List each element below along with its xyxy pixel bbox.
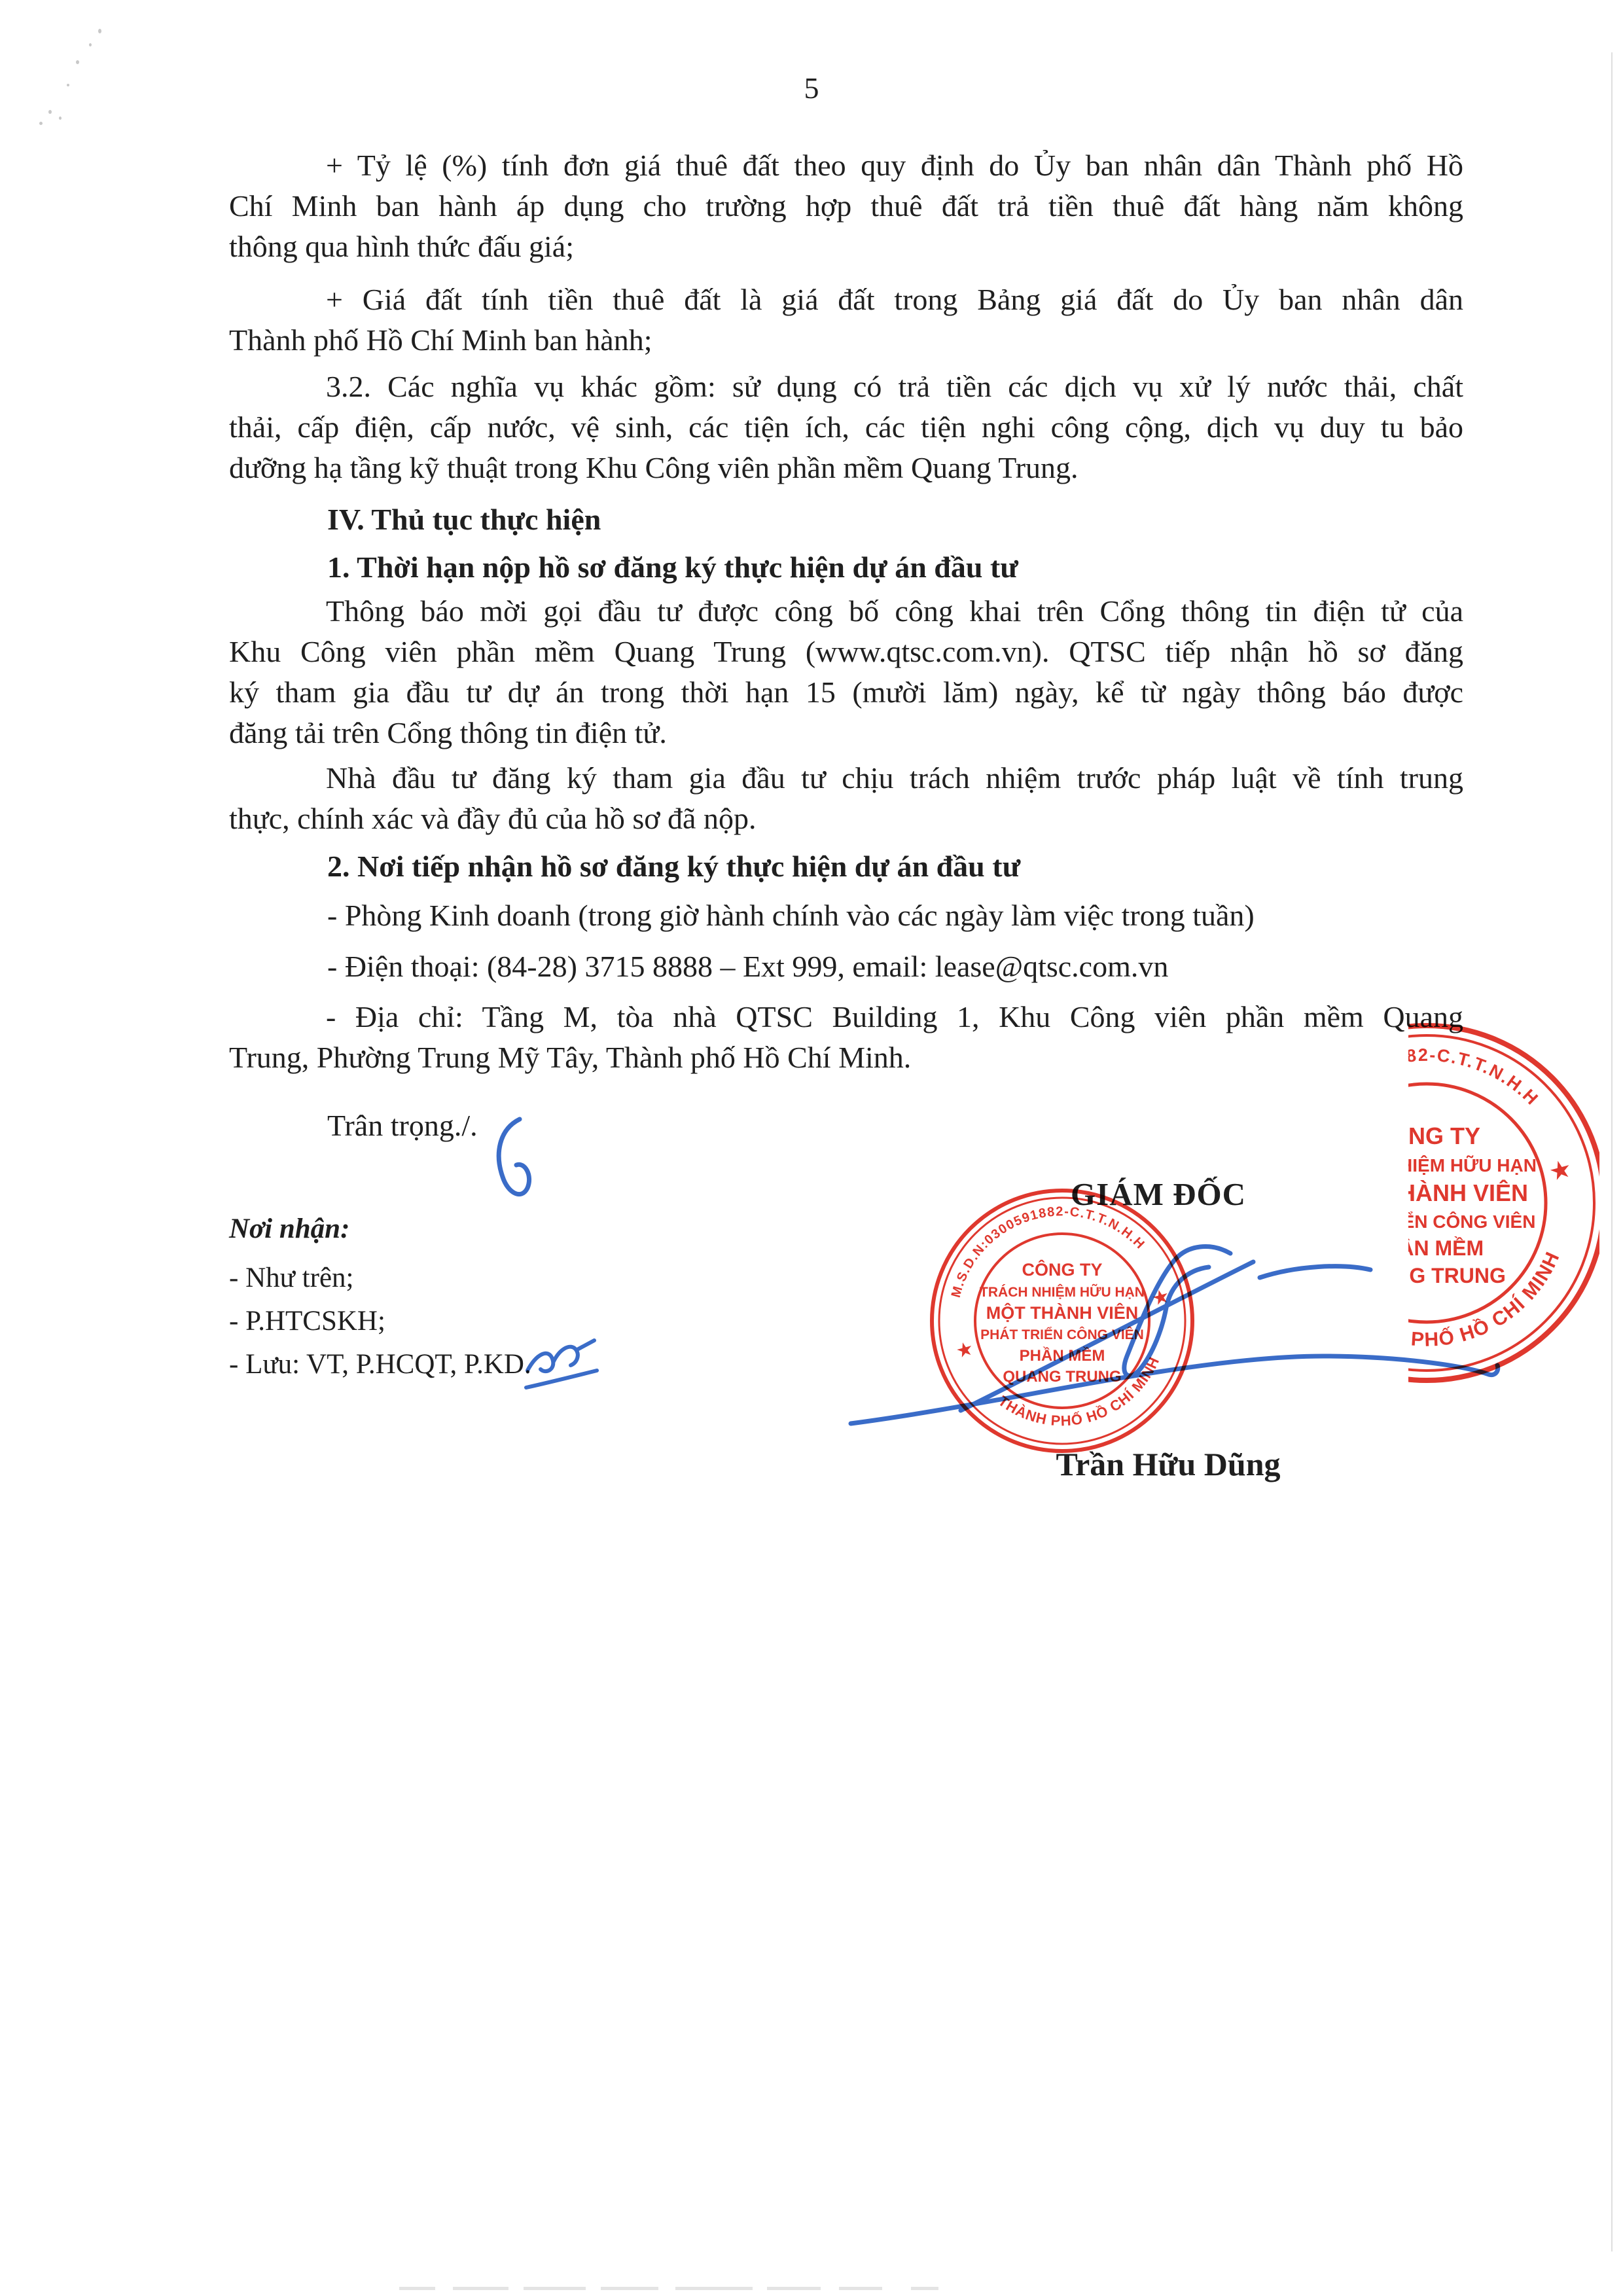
scan-edge-line (1611, 52, 1613, 2251)
recipient-item: - P.HTCSKH; (229, 1305, 385, 1337)
closing-salutation: Trân trọng./. (327, 1108, 478, 1143)
list-item: - Phòng Kinh doanh (trong giờ hành chính… (229, 895, 1561, 936)
list-item: - Điện thoại: (84-28) 3715 8888 – Ext 99… (229, 946, 1561, 987)
scan-artifact (453, 2287, 508, 2290)
document-page: 5 + Tỷ lệ (%) tính đơn giá thuê đất theo… (0, 0, 1623, 2296)
svg-text:MỘT THÀNH VIÊN: MỘT THÀNH VIÊN (1408, 1179, 1528, 1206)
recipient-item: - Như trên; (229, 1262, 353, 1294)
body-paragraph: Nhà đầu tư đăng ký tham gia đầu tư chịu … (229, 758, 1463, 839)
body-paragraph: 3.2. Các nghĩa vụ khác gồm: sử dụng có t… (229, 367, 1463, 488)
text-line: ký tham gia đầu tư dự án trong thời hạn … (229, 672, 1463, 713)
scan-artifact (911, 2287, 938, 2290)
text-line: Khu Công viên phần mềm Quang Trung (www.… (229, 632, 1463, 672)
section-heading: IV. Thủ tục thực hiện (229, 499, 1561, 540)
scan-speck (59, 117, 62, 120)
scan-speck (89, 43, 92, 46)
signer-name: Trần Hữu Dũng (1021, 1445, 1315, 1483)
scan-artifact (601, 2287, 658, 2290)
text-line: Nhà đầu tư đăng ký tham gia đầu tư chịu … (229, 758, 1463, 798)
handwritten-signature (831, 1204, 1505, 1453)
body-paragraph: + Tỷ lệ (%) tính đơn giá thuê đất theo q… (229, 145, 1463, 267)
svg-text:TRÁCH NHIỆM HỮU HẠN: TRÁCH NHIỆM HỮU HẠN (1408, 1155, 1537, 1175)
recipient-item: - Lưu: VT, P.HCQT, P.KD. (229, 1348, 531, 1380)
text-line: + Giá đất tính tiền thuê đất là giá đất … (229, 279, 1463, 320)
section-heading: 2. Nơi tiếp nhận hồ sơ đăng ký thực hiện… (229, 846, 1561, 887)
text-line: thải, cấp điện, cấp nước, vệ sinh, các t… (229, 407, 1463, 448)
initials-scribble (522, 1335, 604, 1401)
body-paragraph: Thông báo mời gọi đầu tư được công bố cô… (229, 591, 1463, 753)
scan-artifact (839, 2287, 882, 2290)
scan-speck (48, 110, 52, 114)
text-line: Thông báo mời gọi đầu tư được công bố cô… (229, 591, 1463, 632)
scan-speck (39, 122, 43, 125)
text-line: 3.2. Các nghĩa vụ khác gồm: sử dụng có t… (229, 367, 1463, 407)
text-line: + Tỷ lệ (%) tính đơn giá thuê đất theo q… (229, 145, 1463, 186)
text-line: dưỡng hạ tầng kỹ thuật trong Khu Công vi… (229, 448, 1463, 488)
scan-artifact (675, 2287, 753, 2290)
text-line: Thành phố Hồ Chí Minh ban hành; (229, 320, 1463, 361)
text-line: thông qua hình thức đấu giá; (229, 226, 1463, 267)
body-paragraph: + Giá đất tính tiền thuê đất là giá đất … (229, 279, 1463, 361)
scan-speck (76, 60, 79, 64)
recipients-title: Nơi nhận: (229, 1213, 349, 1245)
scan-artifact (767, 2287, 821, 2290)
scan-artifact (399, 2287, 435, 2290)
stamp-star-icon: ★ (1548, 1156, 1573, 1185)
scan-artifact (524, 2287, 586, 2290)
scan-speck (98, 29, 101, 33)
pen-flourish (484, 1114, 546, 1206)
text-line: - Địa chỉ: Tầng M, tòa nhà QTSC Building… (229, 997, 1463, 1037)
text-line: Chí Minh ban hành áp dụng cho trường hợp… (229, 186, 1463, 226)
text-line: thực, chính xác và đầy đủ của hồ sơ đã n… (229, 798, 1463, 839)
scan-speck (67, 84, 69, 86)
svg-text:CÔNG TY: CÔNG TY (1408, 1122, 1480, 1149)
text-line: Trung, Phường Trung Mỹ Tây, Thành phố Hồ… (229, 1037, 1463, 1078)
page-number: 5 (0, 71, 1623, 105)
text-line: đăng tải trên Cổng thông tin điện tử. (229, 713, 1463, 753)
list-item: - Địa chỉ: Tầng M, tòa nhà QTSC Building… (229, 997, 1463, 1078)
section-heading: 1. Thời hạn nộp hồ sơ đăng ký thực hiện … (229, 547, 1561, 588)
